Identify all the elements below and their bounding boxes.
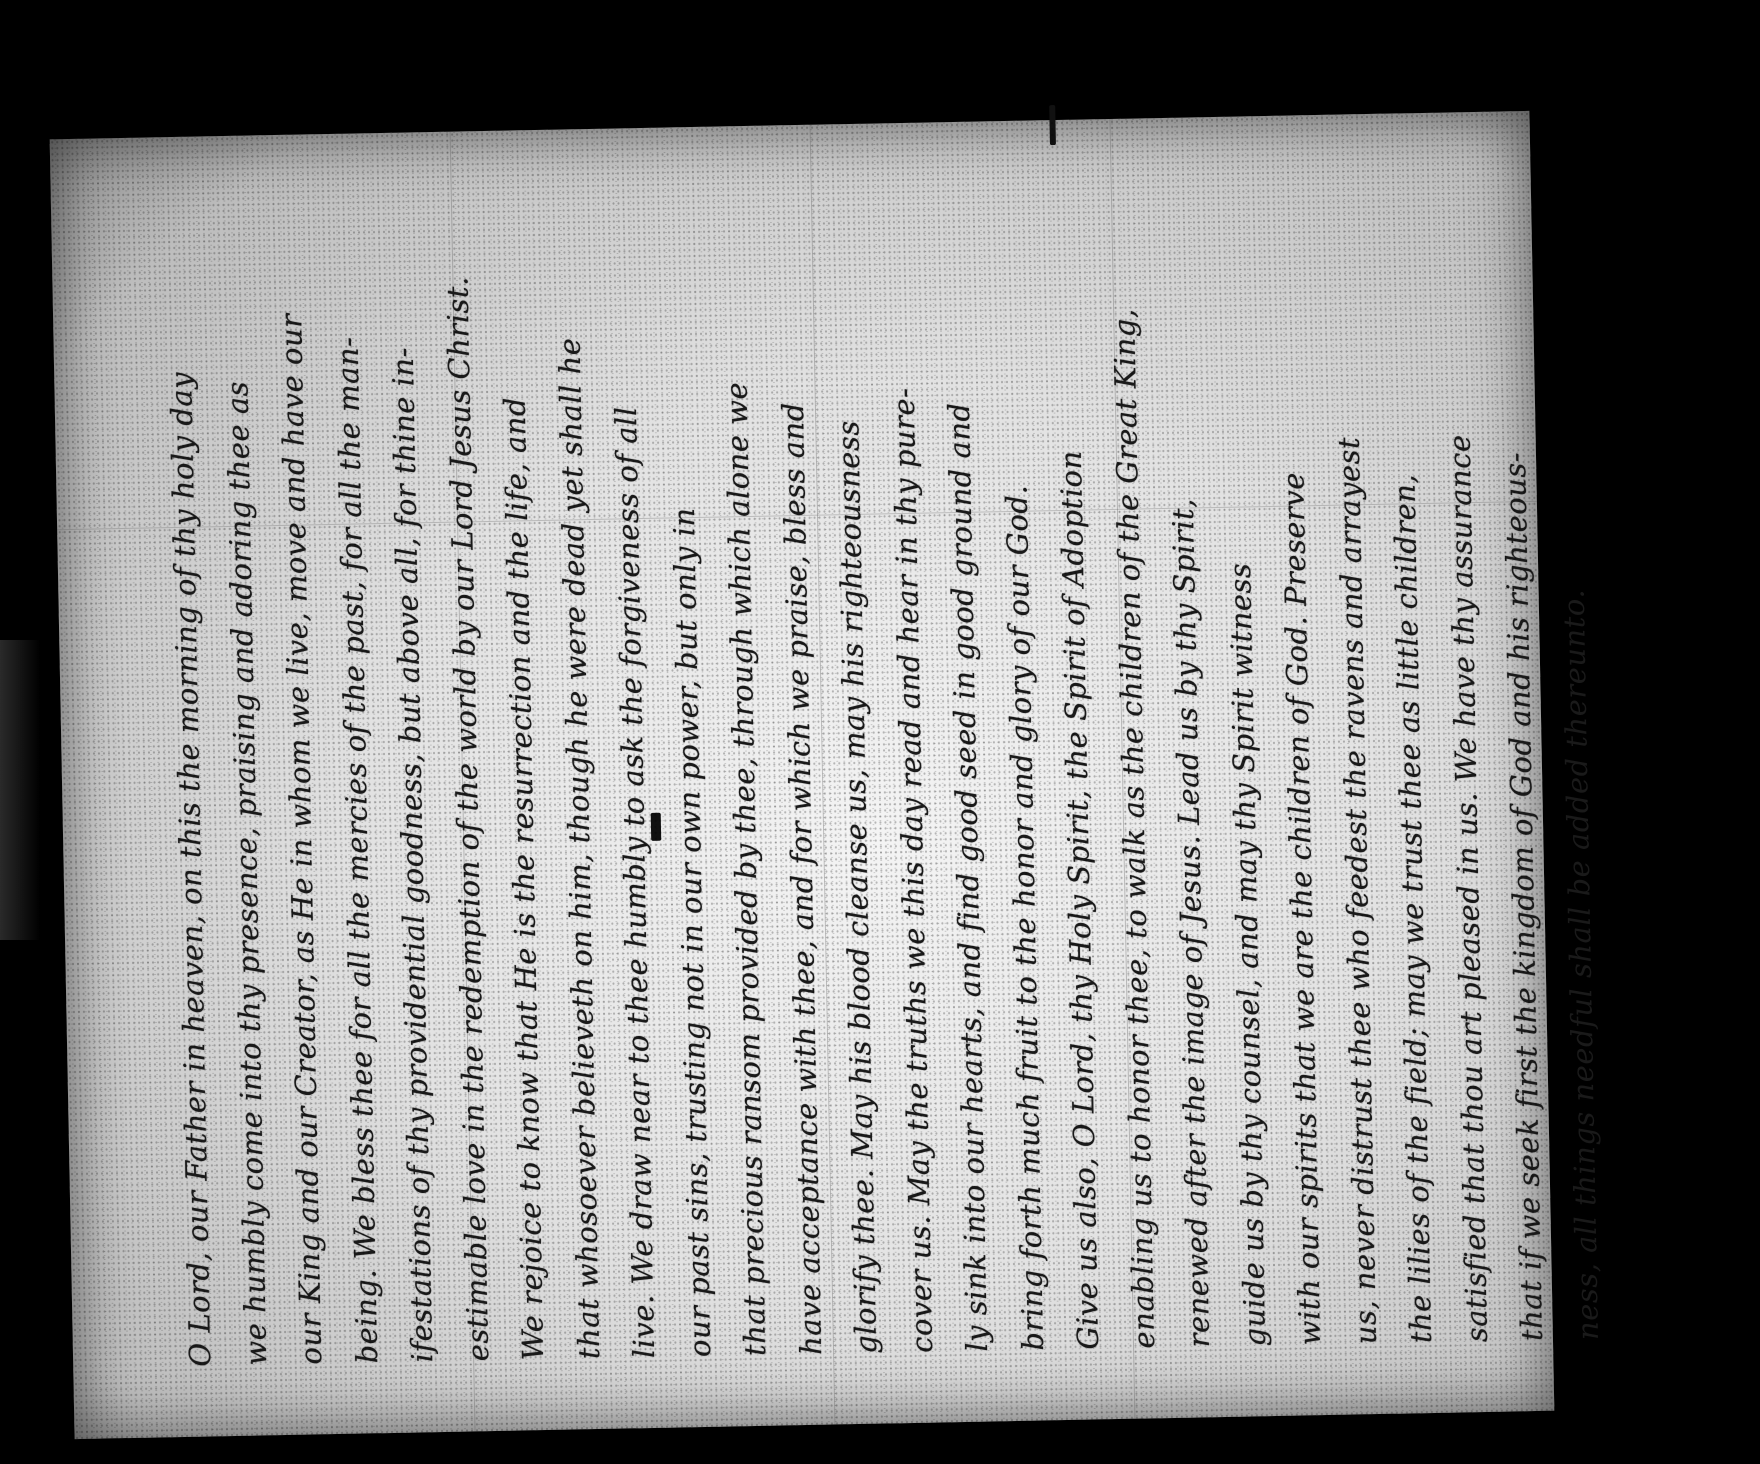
handwritten-text: O Lord, our Father in heaven, on this th… — [151, 190, 1616, 1367]
scan-background: O Lord, our Father in heaven, on this th… — [0, 0, 1760, 1464]
manuscript-page: O Lord, our Father in heaven, on this th… — [50, 111, 1555, 1439]
paper-shadow-edge — [0, 640, 40, 940]
ink-stroke-mark — [1049, 105, 1056, 145]
